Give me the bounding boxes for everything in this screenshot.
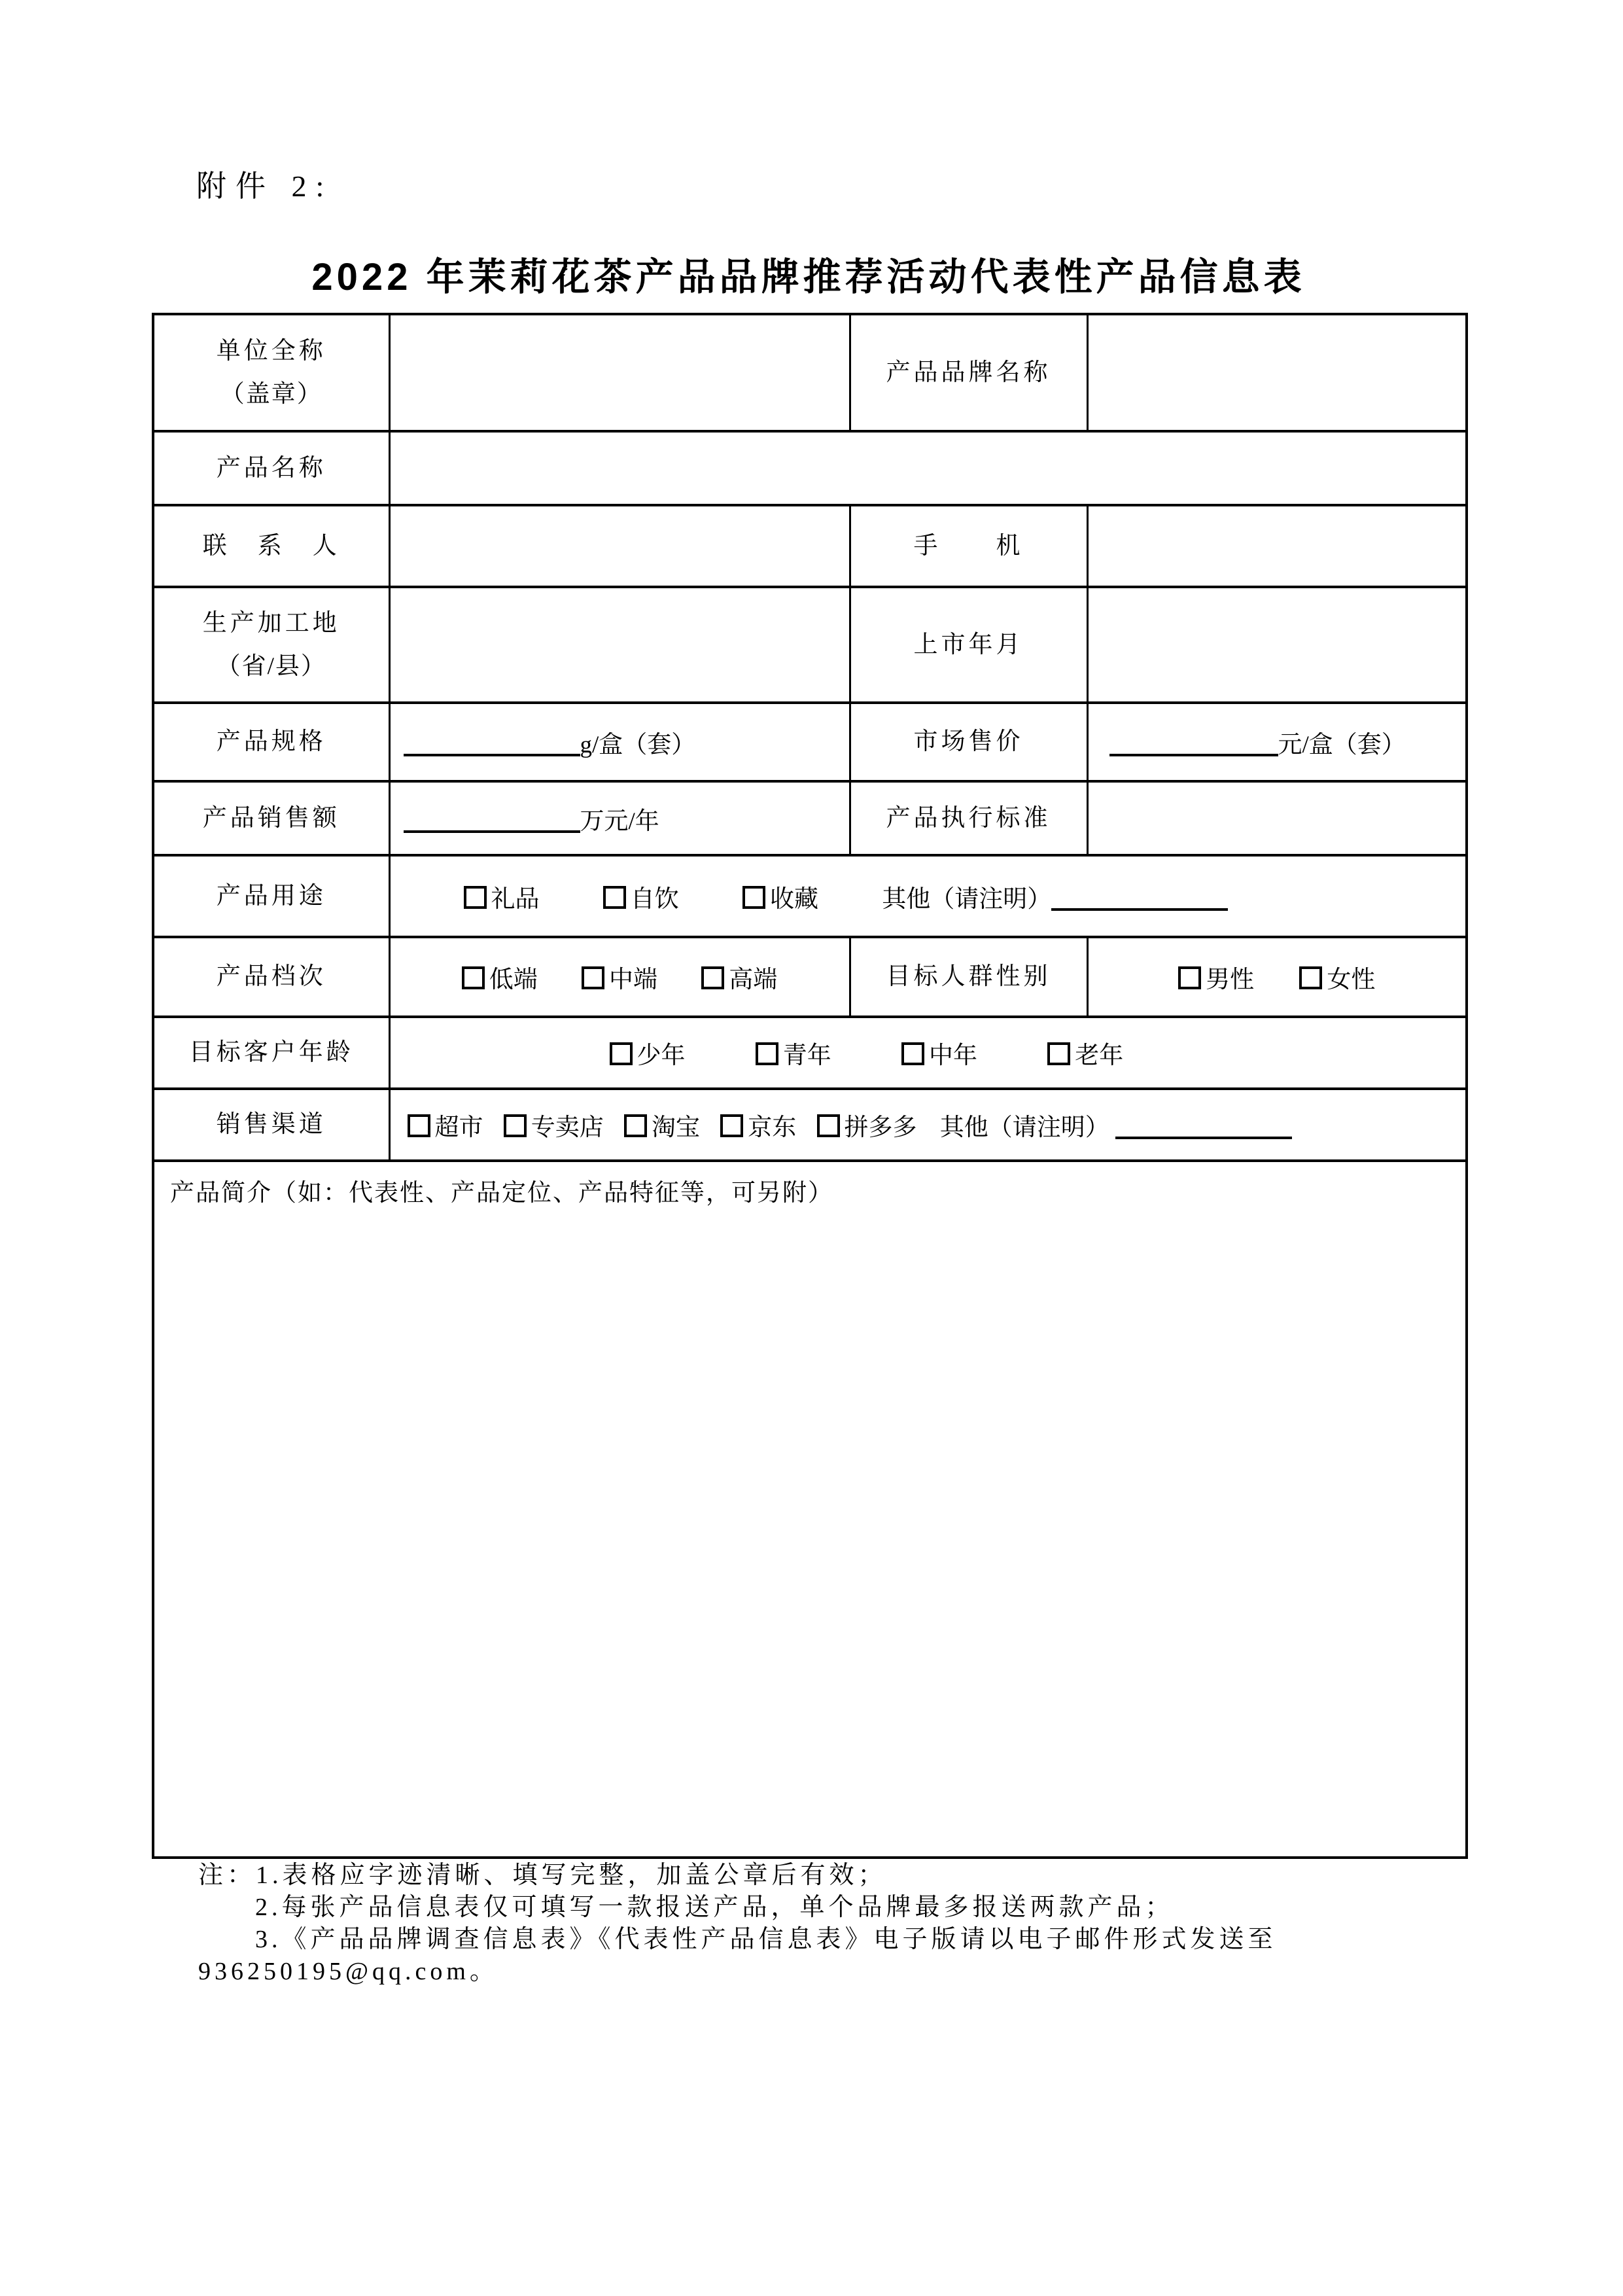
label-gender: 目标人群性别: [850, 937, 1087, 1017]
usage-options-cell: 礼品 自饮 收藏 其他（请注明）: [389, 855, 1467, 937]
price-input-cell: 元/盒（套）: [1087, 703, 1467, 781]
contact-input-cell[interactable]: [389, 505, 850, 587]
brand-name-input-cell[interactable]: [1087, 314, 1467, 431]
checkbox-label: 少年: [637, 1042, 686, 1069]
label-grade: 产品档次: [153, 937, 389, 1017]
page-title: 2022 年茉莉花茶产品品牌推荐活动代表性产品信息表: [152, 246, 1465, 301]
checkbox-label: 超市: [435, 1114, 483, 1141]
label-unit-name: 单位全称 （盖章）: [153, 314, 389, 431]
usage-other-blank-line[interactable]: [1051, 902, 1228, 911]
checkbox-option: 男性: [1178, 966, 1254, 993]
label-brand-name: 产品品牌名称: [850, 314, 1087, 431]
label-contact: 联 系 人: [153, 505, 389, 587]
note-line: 2.每张产品信息表仅可填写一款报送产品，单个品牌最多报送两款产品；: [198, 1892, 1408, 1924]
unit-name-input-cell[interactable]: [389, 314, 850, 431]
checkbox-option: 收藏: [742, 886, 818, 913]
label-channels: 销售渠道: [153, 1089, 389, 1161]
checkbox-option: 淘宝: [624, 1114, 700, 1141]
note-line: 注：1.表格应字迹清晰、填写完整，加盖公章后有效；: [198, 1860, 1408, 1892]
checkbox-label: 中年: [929, 1042, 977, 1069]
sales-input-cell: 万元/年: [389, 781, 850, 855]
table-row-age: 目标客户年龄 少年 青年 中年 老年: [153, 1017, 1467, 1089]
attachment-label: 附件 2:: [196, 162, 333, 205]
label-product-name: 产品名称: [153, 431, 389, 505]
checkbox-option: 中年: [901, 1042, 977, 1069]
channels-other-blank-line[interactable]: [1115, 1130, 1292, 1139]
table-row-product-name: 产品名称: [153, 431, 1467, 505]
checkbox-label: 女性: [1327, 966, 1375, 993]
usage-other-label: 其他（请注明）: [882, 886, 1051, 913]
label-spec: 产品规格: [153, 703, 389, 781]
checkbox-icon[interactable]: [1178, 966, 1201, 989]
table-row-sales-standard: 产品销售额 万元/年 产品执行标准: [153, 781, 1467, 855]
checkbox-label: 老年: [1075, 1042, 1123, 1069]
intro-cell[interactable]: 产品简介（如：代表性、产品定位、产品特征等，可另附）: [153, 1161, 1467, 1858]
spec-unit: g/盒（套）: [580, 732, 696, 758]
checkbox-option: 中端: [582, 966, 657, 993]
checkbox-label: 青年: [783, 1042, 831, 1069]
label-usage: 产品用途: [153, 855, 389, 937]
label-standard: 产品执行标准: [850, 781, 1087, 855]
label-production-place: 生产加工地 （省/县）: [153, 587, 389, 703]
checkbox-option: 礼品: [464, 886, 540, 913]
checkbox-option: 高端: [701, 966, 777, 993]
checkbox-label: 专卖店: [531, 1114, 604, 1141]
checkbox-label: 自饮: [631, 886, 679, 913]
table-row-usage: 产品用途 礼品 自饮 收藏 其他（请注明）: [153, 855, 1467, 937]
table-row-spec-price: 产品规格 g/盒（套） 市场售价 元/盒（套）: [153, 703, 1467, 781]
checkbox-icon[interactable]: [756, 1042, 778, 1065]
intro-label: 产品简介（如：代表性、产品定位、产品特征等，可另附）: [154, 1162, 1465, 1208]
label-launch-date: 上市年月: [850, 587, 1087, 703]
checkbox-option: 自饮: [603, 886, 679, 913]
checkbox-option: 超市: [408, 1114, 483, 1141]
grade-options-cell: 低端 中端 高端: [389, 937, 850, 1017]
checkbox-option: 女性: [1299, 966, 1375, 993]
table-row-unit-brand: 单位全称 （盖章） 产品品牌名称: [153, 314, 1467, 431]
product-name-input-cell[interactable]: [389, 431, 1467, 505]
checkbox-option: 专卖店: [504, 1114, 604, 1141]
checkbox-icon[interactable]: [408, 1114, 430, 1137]
channels-options-cell: 超市 专卖店 淘宝 京东 拼多多 其他（请注明）: [389, 1089, 1467, 1161]
checkbox-icon[interactable]: [1299, 966, 1322, 989]
checkbox-option: 拼多多: [817, 1114, 917, 1141]
notes: 注：1.表格应字迹清晰、填写完整，加盖公章后有效； 2.每张产品信息表仅可填写一…: [198, 1860, 1408, 1988]
production-place-input-cell[interactable]: [389, 587, 850, 703]
standard-input-cell[interactable]: [1087, 781, 1467, 855]
table-row-intro: 产品简介（如：代表性、产品定位、产品特征等，可另附）: [153, 1161, 1467, 1858]
checkbox-label: 京东: [748, 1114, 796, 1141]
label-mobile: 手 机: [850, 505, 1087, 587]
checkbox-icon[interactable]: [624, 1114, 647, 1137]
spec-input-cell: g/盒（套）: [389, 703, 850, 781]
checkbox-option: 老年: [1047, 1042, 1123, 1069]
document-page: 附件 2: 2022 年茉莉花茶产品品牌推荐活动代表性产品信息表 单位全称 （盖…: [0, 0, 1623, 2296]
table-row-place-date: 生产加工地 （省/县） 上市年月: [153, 587, 1467, 703]
checkbox-icon[interactable]: [504, 1114, 527, 1137]
checkbox-icon[interactable]: [464, 886, 487, 909]
checkbox-label: 男性: [1206, 966, 1254, 993]
note-line: 3.《产品品牌调查信息表》《代表性产品信息表》电子版请以电子邮件形式发送至: [198, 1924, 1408, 1956]
label-age: 目标客户年龄: [153, 1017, 389, 1089]
table-row-contact: 联 系 人 手 机: [153, 505, 1467, 587]
checkbox-icon[interactable]: [1047, 1042, 1070, 1065]
checkbox-icon[interactable]: [582, 966, 604, 989]
checkbox-label: 礼品: [491, 886, 540, 913]
table-row-grade-gender: 产品档次 低端 中端 高端 目标人群性别 男性 女性: [153, 937, 1467, 1017]
checkbox-label: 低端: [489, 966, 538, 993]
checkbox-icon[interactable]: [462, 966, 485, 989]
price-blank-line[interactable]: [1109, 747, 1278, 756]
checkbox-option: 青年: [756, 1042, 831, 1069]
checkbox-label: 收藏: [770, 886, 818, 913]
sales-blank-line[interactable]: [404, 824, 580, 833]
sales-unit: 万元/年: [580, 808, 659, 835]
spec-blank-line[interactable]: [404, 747, 580, 756]
label-price: 市场售价: [850, 703, 1087, 781]
checkbox-icon[interactable]: [701, 966, 724, 989]
checkbox-option: 少年: [610, 1042, 686, 1069]
checkbox-option: 低端: [462, 966, 538, 993]
checkbox-icon[interactable]: [742, 886, 765, 909]
info-table: 单位全称 （盖章） 产品品牌名称 产品名称 联 系 人 手 机 生产加工地 （省…: [152, 313, 1468, 1859]
mobile-input-cell[interactable]: [1087, 505, 1467, 587]
checkbox-icon[interactable]: [817, 1114, 840, 1137]
checkbox-icon[interactable]: [603, 886, 626, 909]
checkbox-label: 中端: [609, 966, 657, 993]
label-sales: 产品销售额: [153, 781, 389, 855]
checkbox-icon[interactable]: [901, 1042, 924, 1065]
gender-options-cell: 男性 女性: [1087, 937, 1467, 1017]
age-options-cell: 少年 青年 中年 老年: [389, 1017, 1467, 1089]
checkbox-label: 拼多多: [845, 1114, 917, 1141]
checkbox-icon[interactable]: [610, 1042, 633, 1065]
checkbox-label: 淘宝: [652, 1114, 700, 1141]
price-unit: 元/盒（套）: [1278, 732, 1406, 758]
checkbox-icon[interactable]: [720, 1114, 743, 1137]
checkbox-option: 京东: [720, 1114, 796, 1141]
note-line-email: 936250195@qq.com。: [198, 1956, 1408, 1988]
checkbox-label: 高端: [729, 966, 777, 993]
table-row-channels: 销售渠道 超市 专卖店 淘宝 京东 拼多多 其他（请注明）: [153, 1089, 1467, 1161]
launch-date-input-cell[interactable]: [1087, 587, 1467, 703]
channels-other-label: 其他（请注明）: [940, 1114, 1109, 1141]
